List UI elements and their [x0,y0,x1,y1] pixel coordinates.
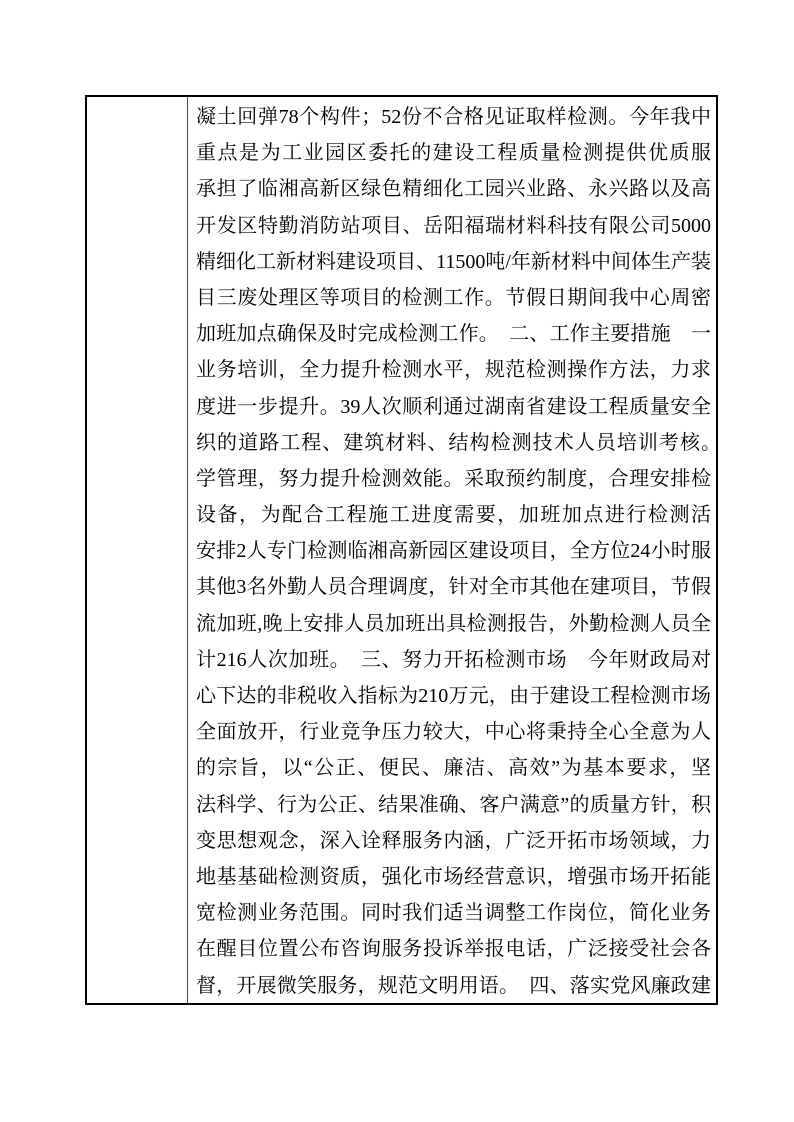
report-body-text: 凝土回弹78个构件；52份不合格见证取样检测。今年我中心工作重点是为工业园区委托… [196,99,711,1003]
text-line: 开发区特勤消防站项目、岳阳福瑞材料科技有限公司5000吨/年 [196,208,711,244]
text-line: 变思想观念，深入诠释服务内涵，广泛开拓市场领域，力争获取 [196,823,711,859]
text-line: 督，开展微笑服务，规范文明用语。 四、落实党风廉政建设 我 [196,968,711,1004]
text-line: 在醒目位置公布咨询服务投诉举报电话，广泛接受社会各界监 [196,931,711,967]
text-line: 精细化工新材料建设项目、11500吨/年新材料中间体生产装置项 [196,244,711,280]
text-line: 法科学、行为公正、结果准确、客户满意”的质量方针，积极转 [196,787,711,823]
text-line: 设备，为配合工程施工进度需要，加班加点进行检测活动。外勤 [196,497,711,533]
report-table: 凝土回弹78个构件；52份不合格见证取样检测。今年我中心工作重点是为工业园区委托… [85,95,718,1005]
text-line: 心下达的非税收入指标为210万元，由于建设工程检测市场已经 [196,678,711,714]
text-line: 织的道路工程、建筑材料、结构检测技术人员培训考核。 二是科 [196,425,711,461]
text-line: 计216人次加班。 三、努力开拓检测市场 今年财政局对检测中 [196,642,711,678]
text-line: 重点是为工业园区委托的建设工程质量检测提供优质服务，先后 [196,135,711,171]
table-label-cell [87,97,188,1003]
document-page: 凝土回弹78个构件；52份不合格见证取样检测。今年我中心工作重点是为工业园区委托… [0,0,794,1122]
table-content-cell: 凝土回弹78个构件；52份不合格见证取样检测。今年我中心工作重点是为工业园区委托… [188,97,716,1003]
text-line: 其他3名外勤人员合理调度，针对全市其他在建项目，节假日轮 [196,569,711,605]
text-line: 目三废处理区等项目的检测工作。节假日期间我中心周密部署， [196,280,711,316]
text-line: 凝土回弹78个构件；52份不合格见证取样检测。今年我中心工作 [196,99,711,135]
text-line: 度进一步提升。39人次顺利通过湖南省建设工程质量安全协会组 [196,389,711,425]
text-line: 业务培训，全力提升检测水平，规范检测操作方法，力求检测精 [196,352,711,388]
text-line: 流加班,晚上安排人员加班出具检测报告，外勤检测人员全年共 [196,606,711,642]
text-line: 的宗旨，以“公正、便民、廉洁、高效”为基本要求，坚持“方 [196,750,711,786]
text-line: 安排2人专门检测临湘高新园区建设项目，全方位24小时服务， [196,533,711,569]
text-line: 地基基础检测资质，强化市场经营意识，增强市场开拓能力，拓 [196,859,711,895]
text-line: 学管理，努力提升检测效能。采取预约制度，合理安排检测人员、 [196,461,711,497]
text-line: 承担了临湘高新区绿色精细化工园兴业路、永兴路以及高新技术 [196,171,711,207]
text-line: 全面放开，行业竞争压力较大，中心将秉持全心全意为人民服务 [196,714,711,750]
text-line: 宽检测业务范围。同时我们适当调整工作岗位，简化业务流程， [196,895,711,931]
text-line: 加班加点确保及时完成检测工作。 二、工作主要措施 一是加强 [196,316,711,352]
